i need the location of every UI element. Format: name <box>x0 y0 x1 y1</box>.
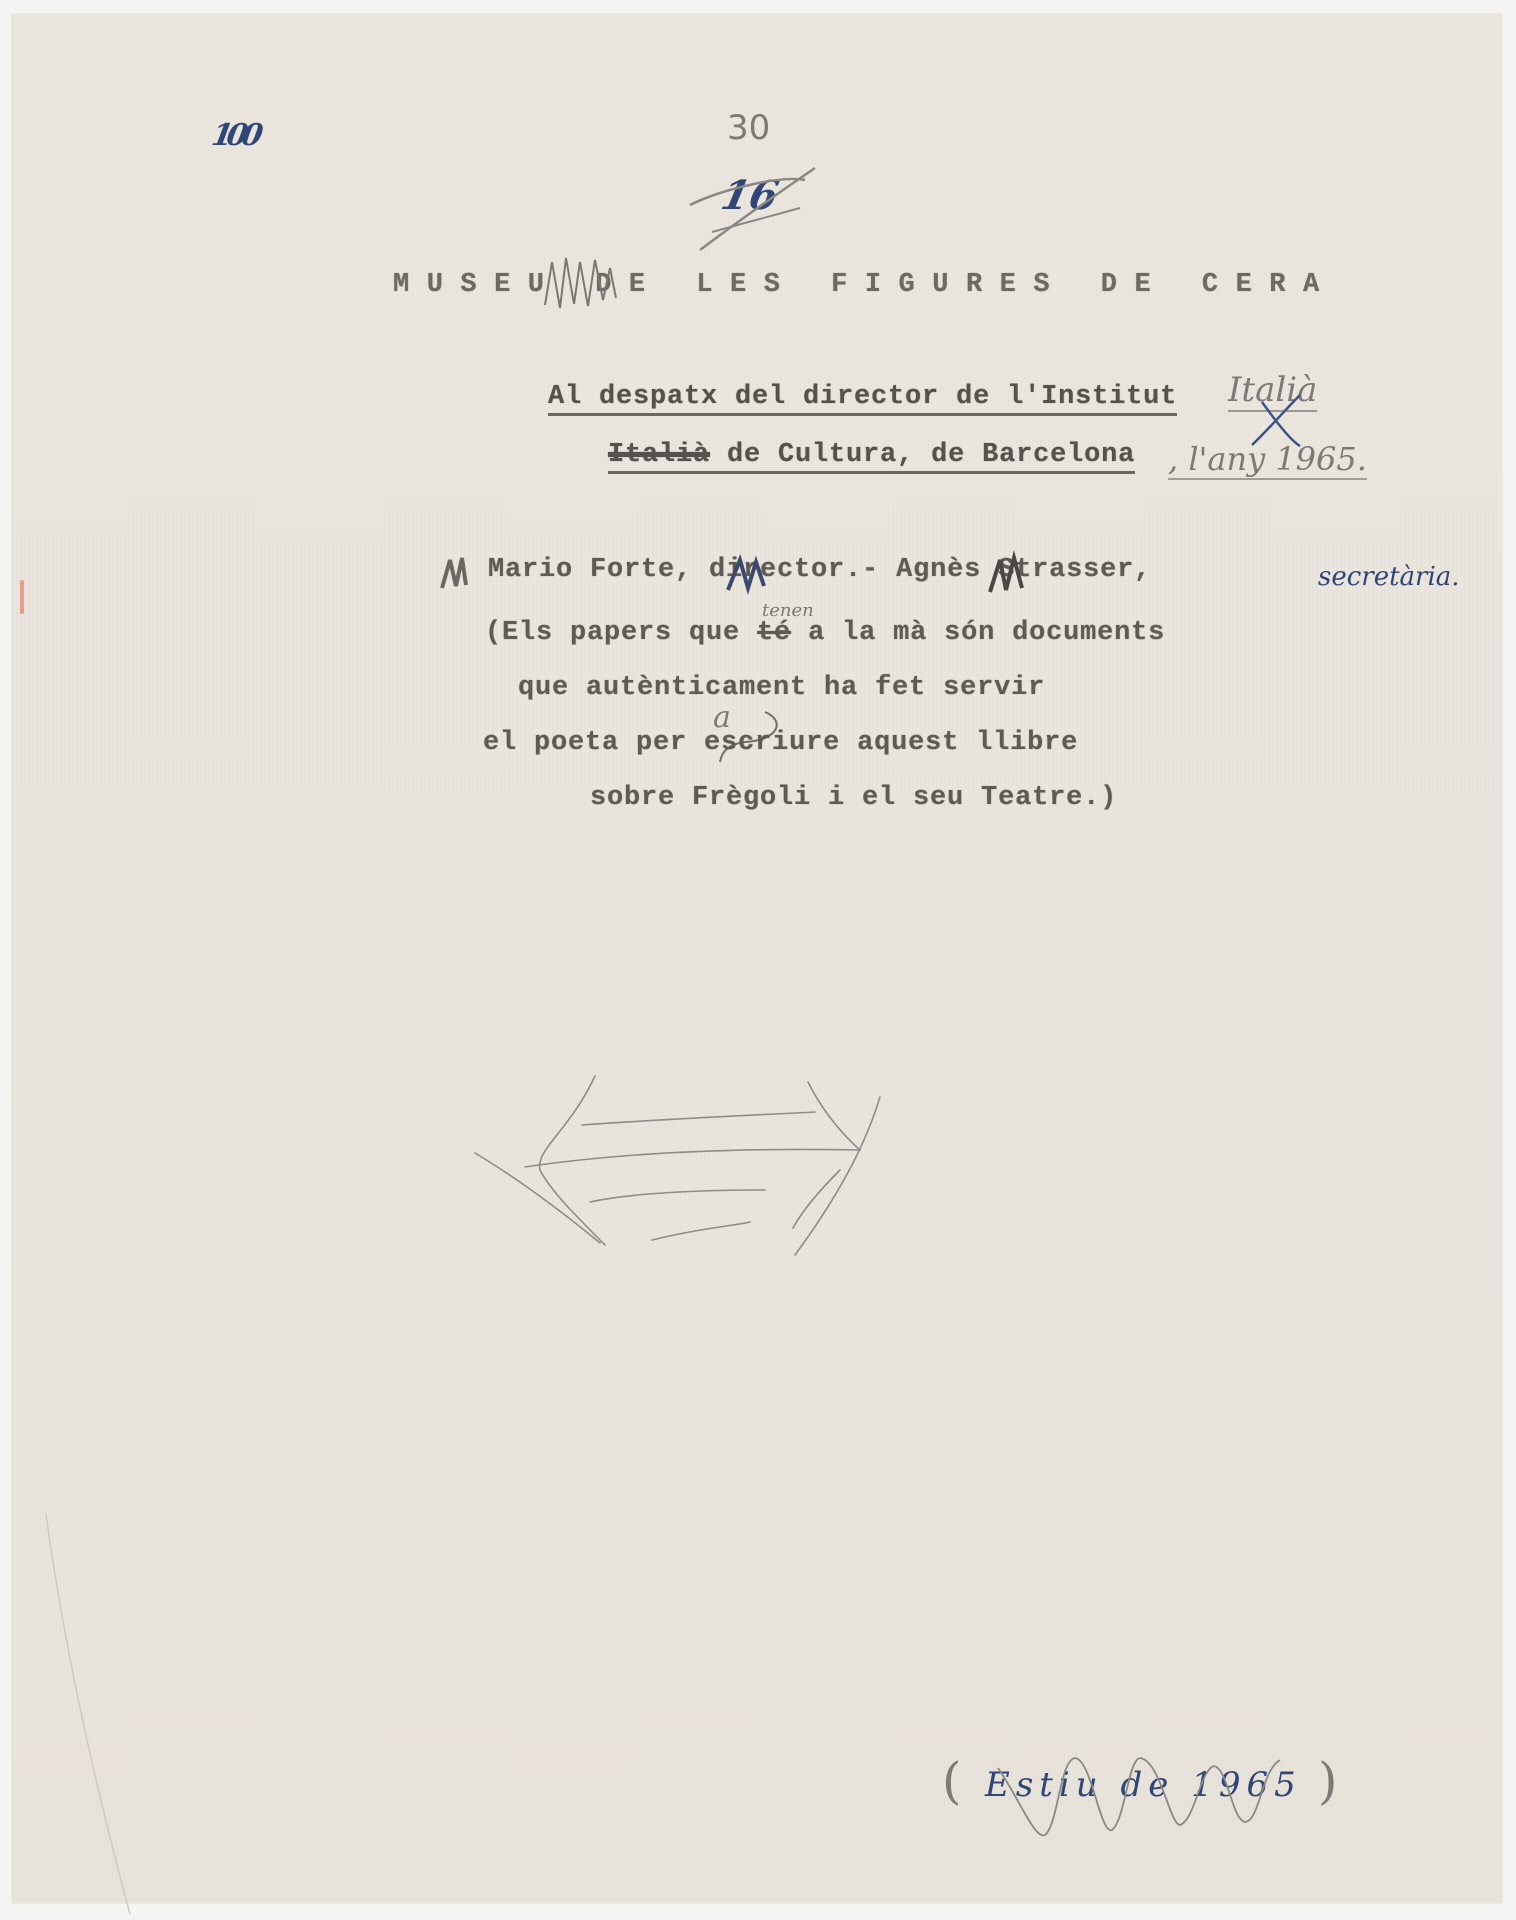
paper-crease <box>42 1514 132 1914</box>
title-struck-word: LES <box>696 270 797 300</box>
title-before: MUSEU DE <box>393 270 696 300</box>
margin-note-italia: Italià <box>1228 370 1317 412</box>
characters-line: Mario Forte, director.- Agnès Strasser, <box>488 555 1151 585</box>
margin-mark <box>20 580 24 614</box>
struck-word-te: té <box>757 618 791 648</box>
setting-line-1-text: Al despatx del director de l'Institut <box>548 382 1177 416</box>
handwritten-secretaria: secretària. <box>1318 562 1460 592</box>
corner-mark: 100 <box>209 118 260 153</box>
footer-paren-open: ( <box>942 1752 962 1810</box>
stage-direction-line-2: que autènticament ha fet servir <box>518 673 1045 703</box>
title-after: FIGURES DE CERA <box>797 270 1336 300</box>
stage-direction-line-4: sobre Frègoli i el seu Teatre.) <box>590 783 1117 813</box>
footer-note: Estiu de 1965 <box>985 1765 1302 1805</box>
setting-line-2-struck: Italià <box>608 440 710 470</box>
setting-line-2-text: de Cultura, de Barcelona <box>710 440 1135 470</box>
page-number: 30 <box>727 108 770 148</box>
footer-paren-close: ) <box>1318 1752 1338 1810</box>
stage-direction-line-3: el poeta per escriure aquest llibre <box>483 728 1078 758</box>
document-title: MUSEU DE LES FIGURES DE CERA <box>393 270 1337 300</box>
setting-line-1: Al despatx del director de l'Institut <box>548 382 1177 412</box>
setting-line-2: Italià de Cultura, de Barcelona <box>608 440 1135 470</box>
handwritten-year: , l'any 1965. <box>1168 440 1367 480</box>
crossed-page-number: 16 <box>717 172 783 219</box>
stage-direction-line-1: (Els papers que té a la mà són documents <box>485 618 1165 648</box>
